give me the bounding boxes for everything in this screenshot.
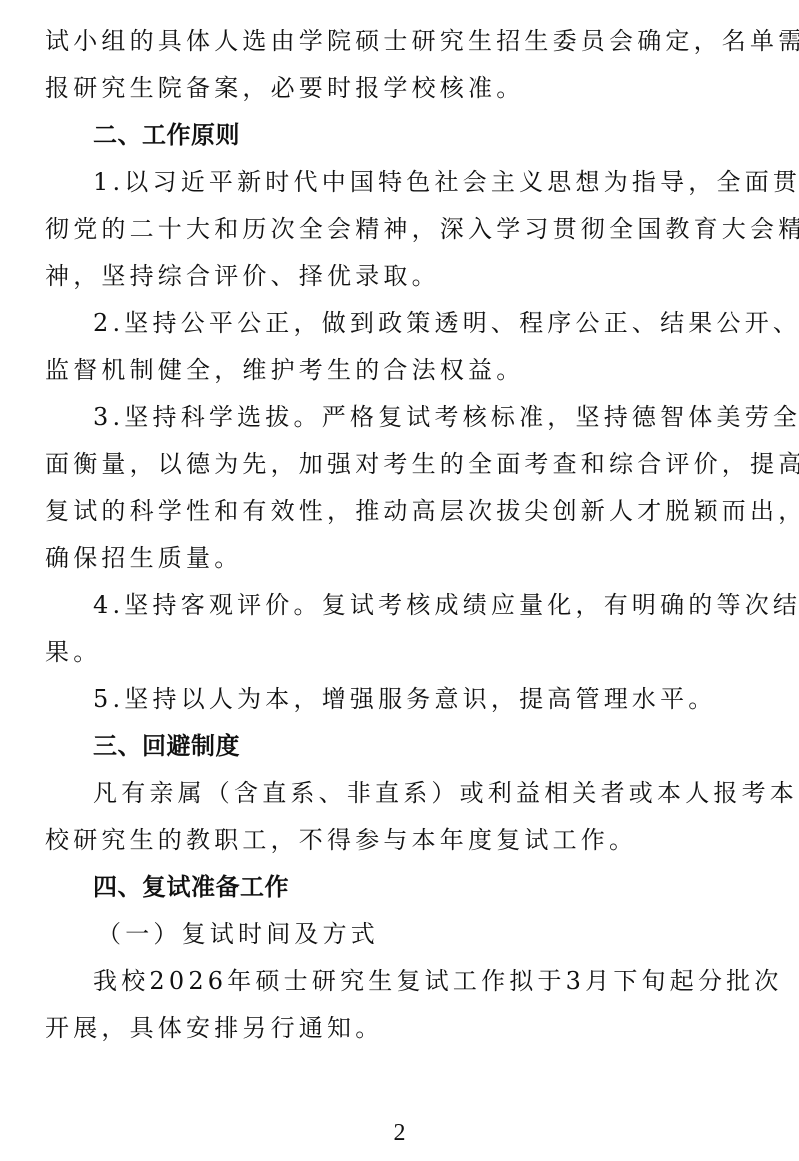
paragraph-line: 凡有亲属（含直系、非直系）或利益相关者或本人报考本 (93, 779, 798, 807)
paragraph-line: 1.以习近平新时代中国特色社会主义思想为指导，全面贯 (93, 168, 799, 196)
section-heading-recusal: 三、回避制度 (93, 732, 240, 760)
paragraph-line: 果。 (45, 638, 101, 666)
paragraph-line: 3.坚持科学选拔。严格复试考核标准，坚持德智体美劳全 (93, 403, 799, 431)
subsection-heading-time-method: （一）复试时间及方式 (97, 920, 379, 948)
paragraph-line: 2.坚持公平公正，做到政策透明、程序公正、结果公开、 (93, 309, 799, 337)
page-number: 2 (0, 1120, 799, 1147)
section-heading-principles: 二、工作原则 (93, 121, 240, 149)
paragraph-line: 神，坚持综合评价、择优录取。 (45, 262, 440, 290)
paragraph-line: 复试的科学性和有效性，推动高层次拔尖创新人才脱颖而出， (45, 497, 799, 525)
section-heading-preparation: 四、复试准备工作 (93, 873, 289, 901)
paragraph-line: 我校2026年硕士研究生复试工作拟于3月下旬起分批次 (93, 967, 783, 995)
paragraph-line: 5.坚持以人为本，增强服务意识，提高管理水平。 (93, 685, 717, 713)
paragraph-line: 校研究生的教职工，不得参与本年度复试工作。 (45, 826, 637, 854)
paragraph-line: 监督机制健全，维护考生的合法权益。 (45, 356, 524, 384)
paragraph-line: 试小组的具体人选由学院硕士研究生招生委员会确定，名单需 (45, 27, 799, 55)
paragraph-line: 彻党的二十大和历次全会精神，深入学习贯彻全国教育大会精 (45, 215, 799, 243)
paragraph-line: 4.坚持客观评价。复试考核成绩应量化，有明确的等次结 (93, 591, 799, 619)
paragraph-line: 报研究生院备案，必要时报学校核准。 (45, 74, 524, 102)
paragraph-line: 确保招生质量。 (45, 544, 242, 572)
paragraph-line: 开展，具体安排另行通知。 (45, 1014, 383, 1042)
paragraph-line: 面衡量，以德为先，加强对考生的全面考查和综合评价，提高 (45, 450, 799, 478)
